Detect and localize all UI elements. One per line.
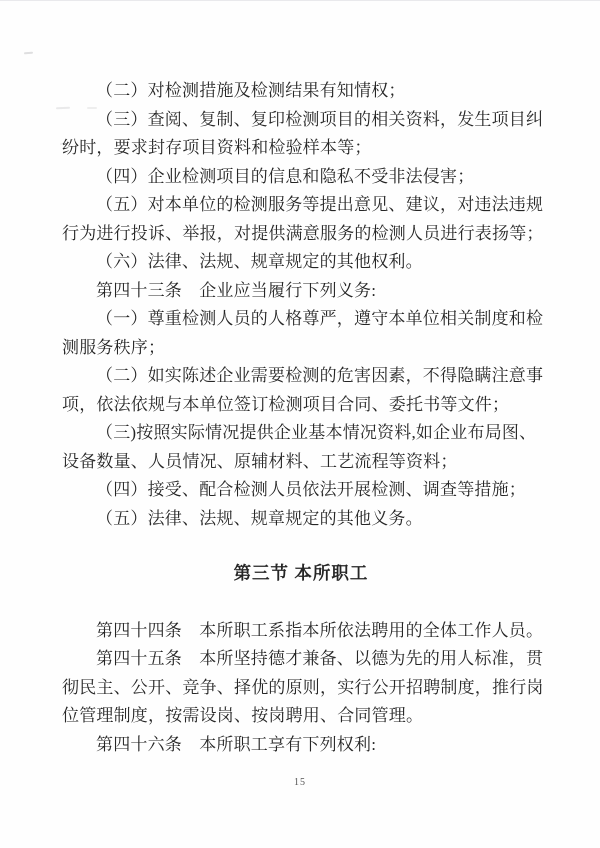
text-line: 测服务秩序； bbox=[62, 334, 540, 363]
post-heading-text-block: 第四十四条 本所职工系指本所依法聘用的全体工作人员。第四十五条 本所坚持德才兼备… bbox=[62, 617, 540, 760]
text-line: 第四十五条 本所坚持德才兼备、以德为先的用人标准，贯 bbox=[62, 645, 540, 674]
body-text-block: （二）对检测措施及检测结果有知情权；（三）查阅、复制、复印检测项目的相关资料，发… bbox=[62, 77, 540, 533]
scan-artifact bbox=[24, 52, 33, 55]
text-line: （六）法律、法规、规章规定的其他权利。 bbox=[62, 248, 540, 277]
section-heading: 第三节 本所职工 bbox=[62, 559, 540, 588]
text-line: 设备数量、人员情况、原辅材料、工艺流程等资料； bbox=[62, 448, 540, 477]
text-line: 纷时，要求封存项目资料和检验样本等； bbox=[62, 134, 540, 163]
text-line: （五）法律、法规、规章规定的其他义务。 bbox=[62, 505, 540, 534]
text-line: （四）企业检测项目的信息和隐私不受非法侵害； bbox=[62, 163, 540, 192]
text-line: 位管理制度，按需设岗、按岗聘用、合同管理。 bbox=[62, 702, 540, 731]
text-line: 第四十四条 本所职工系指本所依法聘用的全体工作人员。 bbox=[62, 617, 540, 646]
text-line: （三）查阅、复制、复印检测项目的相关资料，发生项目纠 bbox=[62, 106, 540, 135]
document-page: （二）对检测措施及检测结果有知情权；（三）查阅、复制、复印检测项目的相关资料，发… bbox=[0, 0, 600, 848]
text-line: 行为进行投诉、举报，对提供满意服务的检测人员进行表扬等； bbox=[62, 220, 540, 249]
page-body: （二）对检测措施及检测结果有知情权；（三）查阅、复制、复印检测项目的相关资料，发… bbox=[62, 77, 540, 759]
text-line: 项，依法依规与本单位签订检测项目合同、委托书等文件； bbox=[62, 391, 540, 420]
text-line: 彻民主、公开、竞争、择优的原则，实行公开招聘制度，推行岗 bbox=[62, 674, 540, 703]
text-line: （四）接受、配合检测人员依法开展检测、调查等措施； bbox=[62, 476, 540, 505]
text-line: （三)按照实际情况提供企业基本情况资料,如企业布局图、 bbox=[62, 419, 540, 448]
text-line: 第四十六条 本所职工享有下列权利: bbox=[62, 731, 540, 760]
page-number: 15 bbox=[0, 777, 600, 788]
text-line: （五）对本单位的检测服务等提出意见、建议，对违法违规 bbox=[62, 191, 540, 220]
text-line: （一）尊重检测人员的人格尊严，遵守本单位相关制度和检 bbox=[62, 305, 540, 334]
text-line: （二）对检测措施及检测结果有知情权； bbox=[62, 77, 540, 106]
text-line: 第四十三条 企业应当履行下列义务: bbox=[62, 277, 540, 306]
text-line: （二）如实陈述企业需要检测的危害因素，不得隐瞒注意事 bbox=[62, 362, 540, 391]
